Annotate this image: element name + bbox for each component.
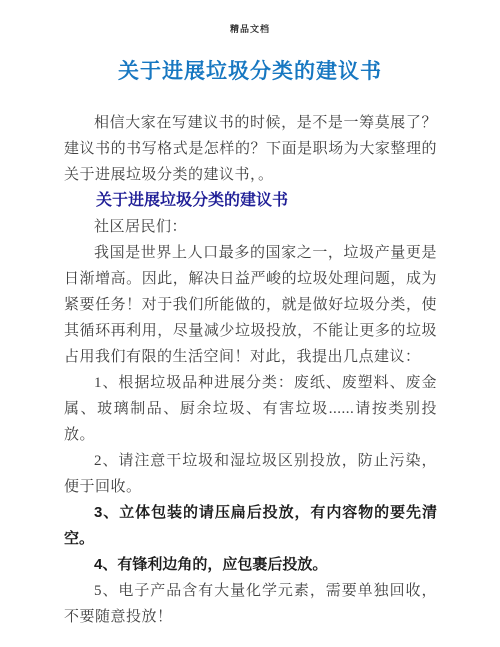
header-label: 精品文档	[0, 0, 500, 35]
suggestion-item-3: 3、立体包装的请压扁后投放，有内容物的要先清空。	[64, 500, 437, 552]
page-title: 关于进展垃圾分类的建议书	[40, 57, 460, 87]
body-paragraph: 我国是世界上人口最多的国家之一，垃圾产量更是日渐增高。因此，解决日益严峻的垃圾处…	[64, 240, 437, 370]
suggestion-item-5: 5、电子产品含有大量化学元素，需要单独回收，不要随意投放！	[64, 578, 437, 630]
suggestion-item-4: 4、有锋利边角的，应包裹后投放。	[64, 552, 437, 578]
document-page: 精品文档 关于进展垃圾分类的建议书 相信大家在写建议书的时候，是不是一筹莫展了？…	[0, 0, 500, 647]
salutation-paragraph: 社区居民们：	[64, 214, 437, 240]
document-subtitle: 关于进展垃圾分类的建议书	[64, 188, 437, 214]
intro-paragraph: 相信大家在写建议书的时候，是不是一筹莫展了？建议书的书写格式是怎样的？下面是职场…	[64, 110, 437, 188]
document-body: 相信大家在写建议书的时候，是不是一筹莫展了？建议书的书写格式是怎样的？下面是职场…	[64, 110, 437, 630]
suggestion-item-2: 2、请注意干垃圾和湿垃圾区别投放，防止污染，便于回收。	[64, 448, 437, 500]
suggestion-item-1: 1、根据垃圾品种进展分类：废纸、废塑料、废金属、玻璃制品、厨余垃圾、有害垃圾..…	[64, 370, 437, 448]
